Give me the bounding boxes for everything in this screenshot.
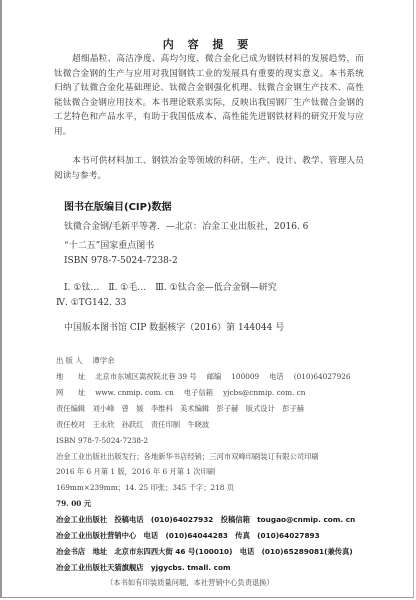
cip-line-5: Ⅳ. ①TG142. 33 <box>56 298 126 308</box>
editors-row: 责任编辑 刘小峰 曾 媛 李维科 美术编辑 彭子赫 版式设计 彭子赫 <box>56 404 304 414</box>
imprint-isbn: ISBN 978-7-5024-7238-2 <box>56 436 148 445</box>
address-value: 北京市东城区嵩祝院北巷 39 号 <box>95 372 197 381</box>
cip-line-4: Ⅰ. ①钛… Ⅱ. ①毛… Ⅲ. ①钛合金—低合金钢—研究 <box>64 280 277 293</box>
quality-notice: （本书如有印装质量问题，本社营销中心负责退换） <box>106 578 274 588</box>
distribution-row: 冶金工业出版社出版发行；各地新华书店经销；三河市双峰印刷装订有限公司印刷 <box>56 452 319 462</box>
phone-value: (010)64027926 <box>294 372 351 381</box>
contact-line-3: 冶金书店 地址 北京市东四西大街 46 号(100010) 电话 (010)65… <box>56 547 353 557</box>
cip-line-2: “十二五”国家重点图书 <box>64 238 154 251</box>
web-label: 网 址 <box>56 388 85 397</box>
web-row: 网 址www. cnmip. com. cn电子信箱yjcbs@cnmip. c… <box>56 388 305 398</box>
cip-line-6: 中国版本图书馆 CIP 数据核字（2016）第 144044 号 <box>64 320 284 333</box>
edition-row: 2016 年 6 月第 1 版，2016 年 6 月第 1 次印刷 <box>56 467 215 477</box>
cip-heading: 图书在版编目(CIP)数据 <box>64 198 172 213</box>
summary-paragraph-1: 超细晶粒、高洁净度、高均匀度、微合金化已成为钢铁材料的发展趋势，而钛微合金钢的生… <box>54 52 364 139</box>
summary-title: 内 容 提 要 <box>0 36 416 52</box>
postcode-value: 100009 <box>231 372 259 381</box>
publisher-row: 出 版 人谭学余 <box>56 356 114 366</box>
publisher-label: 出 版 人 <box>56 356 83 365</box>
address-label: 地 址 <box>56 372 85 381</box>
contact-line-2: 冶金工业出版社营销中心 电话 (010)64044283 传真 (010)640… <box>56 531 320 541</box>
contact-line-1: 冶金工业出版社 投稿电话 (010)64027932 投稿信箱 tougao@c… <box>56 515 355 525</box>
email-value: yjcbs@cnmip. com. cn <box>223 388 305 397</box>
summary-paragraph-2-text: 本书可供材料加工、钢铁冶金等领域的科研、生产、设计、教学、管理人员阅读与参考。 <box>54 156 364 181</box>
contact-line-4: 冶金工业出版社天猫旗舰店 yjgycbs. tmall. com <box>56 563 231 573</box>
publisher-name: 谭学余 <box>93 356 115 365</box>
email-label: 电子信箱 <box>184 388 213 397</box>
postcode-label: 邮编 <box>207 372 222 381</box>
summary-paragraph-2: 本书可供材料加工、钢铁冶金等领域的科研、生产、设计、教学、管理人员阅读与参考。 <box>54 154 364 183</box>
summary-paragraph-1-text: 超细晶粒、高洁净度、高均匀度、微合金化已成为钢铁材料的发展趋势，而钛微合金钢的生… <box>54 54 364 137</box>
proofreader-row: 责任校对 王永欣 孙跃红 责任印制 牛晓波 <box>56 420 209 430</box>
address-row: 地 址北京市东城区嵩祝院北巷 39 号邮编100009电话(010)640279… <box>56 372 351 382</box>
format-row: 169mm×239mm；14. 25 印张；345 千字；218 页 <box>56 483 234 493</box>
web-value: www. cnmip. com. cn <box>95 388 174 397</box>
cip-isbn: ISBN 978-7-5024-7238-2 <box>64 256 178 266</box>
price: 79. 00 元 <box>56 499 91 509</box>
cip-line-1: 钛微合金钢/毛新平等著．—北京：冶金工业出版社，2016. 6 <box>64 219 308 232</box>
phone-label: 电话 <box>269 372 284 381</box>
